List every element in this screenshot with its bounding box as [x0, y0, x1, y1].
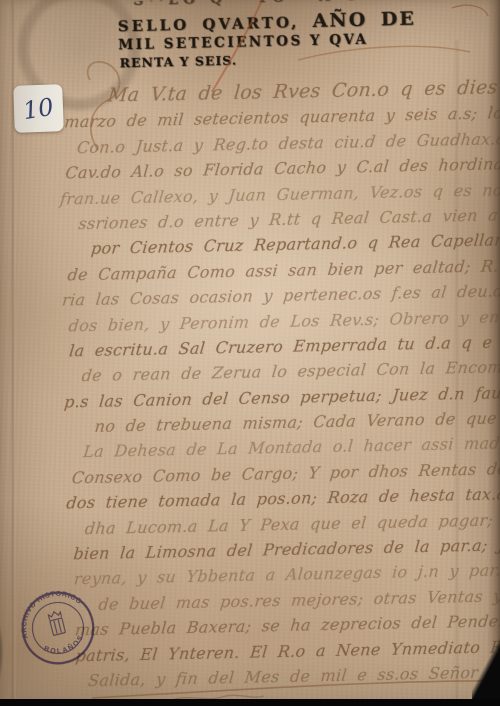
corner-shadow-bottom-right — [472, 635, 500, 701]
photo-background: S··LO Q···TO · A·O ·· SELLO QVARTO, AÑO … — [0, 0, 500, 706]
paper-edge-right — [487, 0, 500, 706]
photo-edge-bottom — [0, 699, 500, 706]
manuscript-page: S··LO Q···TO · A·O ·· SELLO QVARTO, AÑO … — [0, 0, 500, 706]
photo-vignette — [0, 0, 500, 706]
corner-shadow-bottom-left — [0, 602, 12, 702]
